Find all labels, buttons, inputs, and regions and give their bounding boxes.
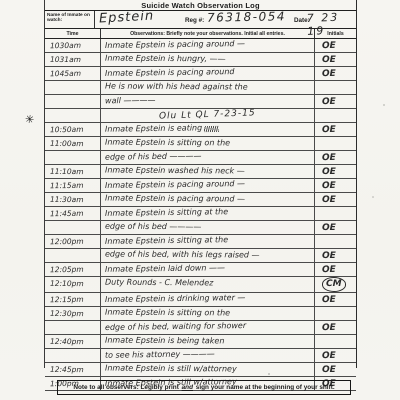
time-cell: 12:10pm	[45, 277, 101, 292]
initials-value: OE	[322, 54, 336, 66]
table-row: 12:15pmInmate Epstein is drinking water …	[45, 293, 356, 307]
initials-value: OE	[322, 294, 336, 306]
initials-value: OE	[322, 40, 336, 52]
observation-text: Olu Lt QL 7-23-15	[159, 107, 256, 123]
note-text-prefix: Note to all observers: Legibly print	[73, 384, 180, 391]
initials-cell: OE	[315, 221, 356, 234]
observation-log-form: Suicide Watch Observation Log Name of In…	[44, 0, 357, 368]
observation-cell: Inmate Epstein is sitting on the	[101, 307, 315, 320]
table-row: 11:00amInmate Epstein is sitting on the	[45, 137, 356, 151]
time-value: 1031am	[50, 53, 81, 66]
initials-cell: OE	[315, 321, 356, 334]
time-value: 12:10pm	[50, 277, 84, 290]
reg-number-value: 76318-054	[207, 9, 286, 24]
initials-cell: OE	[315, 165, 356, 178]
initials-cell: OE	[315, 151, 356, 164]
observation-cell: edge of his bed ————	[101, 151, 315, 164]
initials-cell	[315, 207, 356, 220]
observation-cell: to see his attorney ————	[101, 349, 315, 362]
table-row: 11:15amInmate Epstein is pacing around —…	[45, 179, 356, 193]
table-row: 12:45pmInmate Epstein is still w/attorne…	[45, 363, 356, 377]
observation-cell: wall ————	[101, 95, 315, 108]
observation-text: edge of his bed, waiting for shower	[105, 320, 246, 334]
name-of-inmate-label: Name of Inmate on watch:	[45, 11, 95, 28]
time-cell: 11:45am	[45, 207, 101, 220]
table-row: 11:45amInmate Epstein is sitting at the	[45, 207, 356, 221]
observation-text: Inmate Epstein is being taken	[105, 335, 225, 348]
initials-cell: OE	[315, 349, 356, 362]
observation-cell: Inmate Epstein laid down ——	[101, 263, 315, 276]
table-row: 12:10pmDuty Rounds - C. MelendezCM	[45, 277, 356, 293]
initials-value: OE	[322, 264, 336, 276]
initials-cell: OE	[315, 53, 356, 66]
observation-text: Inmate Epstein is pacing around —	[105, 178, 245, 192]
form-title: Suicide Watch Observation Log	[45, 0, 356, 11]
time-value: 12:30pm	[50, 307, 84, 320]
time-cell: 1031am	[45, 53, 101, 66]
initials-cell: OE	[315, 193, 356, 206]
time-cell: 12:05pm	[45, 263, 101, 276]
table-row: to see his attorney ————OE	[45, 349, 356, 363]
table-row: 11:30amInmate Epstein is pacing around —…	[45, 193, 356, 207]
initials-value: OE	[322, 350, 336, 362]
time-value: 12:40pm	[50, 335, 84, 348]
time-cell	[45, 249, 101, 262]
time-value: 12:15pm	[50, 293, 84, 306]
scan-speck	[383, 104, 385, 106]
time-cell	[45, 95, 101, 108]
observation-cell: Inmate Epstein is sitting on the	[101, 137, 315, 150]
initials-cell	[315, 235, 356, 248]
scan-speck	[372, 196, 374, 198]
table-row: edge of his bed, waiting for showerOE	[45, 321, 356, 335]
table-row: edge of his bed ————OE	[45, 151, 356, 165]
observation-text: edge of his bed ————	[105, 221, 202, 234]
initials-cell: OE	[315, 263, 356, 276]
observation-cell: Inmate Epstein is pacing around —	[101, 39, 315, 52]
observation-text: Duty Rounds - C. Melendez	[105, 277, 213, 290]
observation-text: Inmate Epstein is still w/attorney	[105, 363, 237, 376]
initials-cell: OE	[315, 123, 356, 136]
observation-text: edge of his bed, with his legs raised —	[105, 248, 260, 262]
initials-value: OE	[322, 68, 336, 80]
table-row: 12:05pmInmate Epstein laid down ——OE	[45, 263, 356, 277]
initials-cell: OE	[315, 95, 356, 108]
time-cell: 10:50am	[45, 123, 101, 136]
initials-cell	[315, 137, 356, 150]
note-text-and: and	[182, 384, 193, 391]
table-row: Olu Lt QL 7-23-15	[45, 109, 356, 123]
time-value: 1045am	[50, 67, 81, 80]
time-cell: 12:15pm	[45, 293, 101, 306]
observation-text: Inmate Epstein laid down ——	[105, 262, 225, 276]
time-cell	[45, 109, 101, 122]
observation-cell: edge of his bed, with his legs raised —	[101, 249, 315, 262]
time-cell	[45, 81, 101, 94]
time-cell	[45, 151, 101, 164]
table-row: edge of his bed ————OE	[45, 221, 356, 235]
observations-column-header: Observations: Briefly note your observat…	[101, 29, 315, 38]
log-entries-table: 1030amInmate Epstein is pacing around —O…	[45, 39, 356, 368]
time-cell: 12:30pm	[45, 307, 101, 320]
observation-text: Inmate Epstein is sitting on the	[105, 137, 230, 150]
observation-cell: Inmate Epstein is being taken	[101, 335, 315, 348]
form-header-row: Name of Inmate on watch: Epstein Reg #: …	[45, 11, 356, 29]
scanned-log-page: Suicide Watch Observation Log Name of In…	[0, 0, 400, 400]
circled-initials-value: CM	[322, 277, 346, 292]
initials-value: OE	[322, 364, 336, 376]
time-cell	[45, 221, 101, 234]
time-cell: 11:10am	[45, 165, 101, 178]
table-row: 1030amInmate Epstein is pacing around —O…	[45, 39, 356, 53]
time-value: 11:15am	[50, 179, 84, 192]
observation-text: Inmate Epstein is pacing around —	[105, 193, 245, 206]
initials-cell: OE	[315, 179, 356, 192]
table-row: 12:00pmInmate Epstein is sitting at the	[45, 235, 356, 249]
observation-cell: He is now with his head against the	[101, 81, 315, 94]
reg-number-label: Reg #:	[185, 17, 204, 24]
note-text-suffix: sign your name at the beginning of your …	[194, 384, 335, 391]
time-cell: 12:00pm	[45, 235, 101, 248]
observation-cell: Inmate Epstein washed his neck —	[101, 165, 315, 178]
observation-cell: Inmate Epstein is hungry, ——	[101, 53, 315, 66]
time-value: 11:30am	[50, 193, 84, 206]
observation-text: Inmate Epstein is eating	[105, 122, 202, 136]
scan-speck	[268, 373, 270, 375]
table-row: edge of his bed, with his legs raised —O…	[45, 249, 356, 263]
time-cell: 11:00am	[45, 137, 101, 150]
time-cell: 1030am	[45, 39, 101, 52]
time-cell	[45, 349, 101, 362]
initials-value: OE	[322, 180, 336, 192]
initials-value: OE	[322, 152, 336, 164]
time-value: 12:00pm	[50, 235, 84, 248]
table-row: 11:10amInmate Epstein washed his neck —O…	[45, 165, 356, 179]
initials-value: OE	[322, 194, 336, 206]
initials-value: OE	[322, 250, 336, 262]
initials-cell: OE	[315, 293, 356, 306]
observation-text: Inmate Epstein is drinking water —	[105, 292, 246, 306]
observation-text: Inmate Epstein is hungry, ——	[105, 53, 226, 66]
observation-text: He is now with his head against the	[105, 81, 248, 94]
observation-text: Inmate Epstein is sitting on the	[105, 307, 230, 320]
time-cell	[45, 321, 101, 334]
observation-cell: Inmate Epstein is pacing around —	[101, 193, 315, 206]
observation-text: Inmate Epstein is sitting at the	[105, 206, 228, 220]
table-row: 10:50amInmate Epstein is eatingOE	[45, 123, 356, 137]
observation-text: edge of his bed ————	[105, 150, 202, 164]
table-row: 1031amInmate Epstein is hungry, ——OE	[45, 53, 356, 67]
observation-text: Inmate Epstein is pacing around —	[105, 38, 245, 52]
initials-cell: OE	[315, 39, 356, 52]
observation-cell: Inmate Epstein is still w/attorney	[101, 363, 315, 376]
initials-value: OE	[322, 96, 336, 108]
time-cell: 12:45pm	[45, 363, 101, 376]
time-value: 10:50am	[50, 123, 84, 136]
time-value: 1030am	[50, 39, 81, 52]
table-row: wall ————OE	[45, 95, 356, 109]
observation-text: wall ————	[105, 95, 156, 108]
time-cell: 1045am	[45, 67, 101, 80]
observation-cell: Inmate Epstein is pacing around	[101, 67, 315, 80]
observation-text: to see his attorney ————	[105, 348, 215, 362]
observation-cell: Inmate Epstein is pacing around —	[101, 179, 315, 192]
table-row: 1045amInmate Epstein is pacing aroundOE	[45, 67, 356, 81]
time-cell: 11:30am	[45, 193, 101, 206]
initials-cell	[315, 81, 356, 94]
time-value: 11:00am	[50, 137, 84, 150]
initials-cell: CM	[315, 277, 356, 292]
initials-cell: OE	[315, 67, 356, 80]
time-value: 11:45am	[50, 207, 84, 220]
initials-value: OE	[322, 166, 336, 178]
observation-cell: Inmate Epstein is sitting at the	[101, 207, 315, 220]
time-value: 12:45pm	[50, 363, 84, 376]
observation-cell: edge of his bed ————	[101, 221, 315, 234]
initials-cell	[315, 307, 356, 320]
initials-cell: OE	[315, 249, 356, 262]
initials-cell	[315, 109, 356, 122]
time-cell: 12:40pm	[45, 335, 101, 348]
initials-value: OE	[322, 322, 336, 334]
table-row: He is now with his head against the	[45, 81, 356, 95]
initials-cell: OE	[315, 363, 356, 376]
table-row: 12:30pmInmate Epstein is sitting on the	[45, 307, 356, 321]
observation-cell: Inmate Epstein is eating	[101, 123, 315, 136]
initials-value: OE	[322, 222, 336, 234]
observation-text: Inmate Epstein is sitting at the	[105, 234, 228, 248]
observation-cell: Duty Rounds - C. Melendez	[101, 277, 315, 292]
observation-cell: Inmate Epstein is sitting at the	[101, 235, 315, 248]
observers-note-box: Note to all observers: Legibly print and…	[57, 380, 351, 395]
initials-value: OE	[322, 124, 336, 136]
table-row: 12:40pmInmate Epstein is being taken	[45, 335, 356, 349]
scribbled-out-word	[204, 126, 219, 132]
time-cell: 11:15am	[45, 179, 101, 192]
margin-asterisk-mark: ✳	[24, 112, 35, 126]
observation-cell: edge of his bed, waiting for shower	[101, 321, 315, 334]
time-value: 12:05pm	[50, 263, 84, 276]
initials-cell	[315, 335, 356, 348]
observation-text: Inmate Epstein washed his neck —	[105, 165, 245, 178]
time-value: 11:10am	[50, 165, 84, 178]
observation-cell: Inmate Epstein is drinking water —	[101, 293, 315, 306]
date-value: 7 23 19	[307, 10, 357, 38]
inmate-name-value: Epstein	[99, 9, 155, 27]
observation-cell: Olu Lt QL 7-23-15	[101, 109, 315, 122]
observation-text: Inmate Epstein is pacing around	[105, 66, 235, 80]
time-column-header: Time	[45, 29, 101, 38]
